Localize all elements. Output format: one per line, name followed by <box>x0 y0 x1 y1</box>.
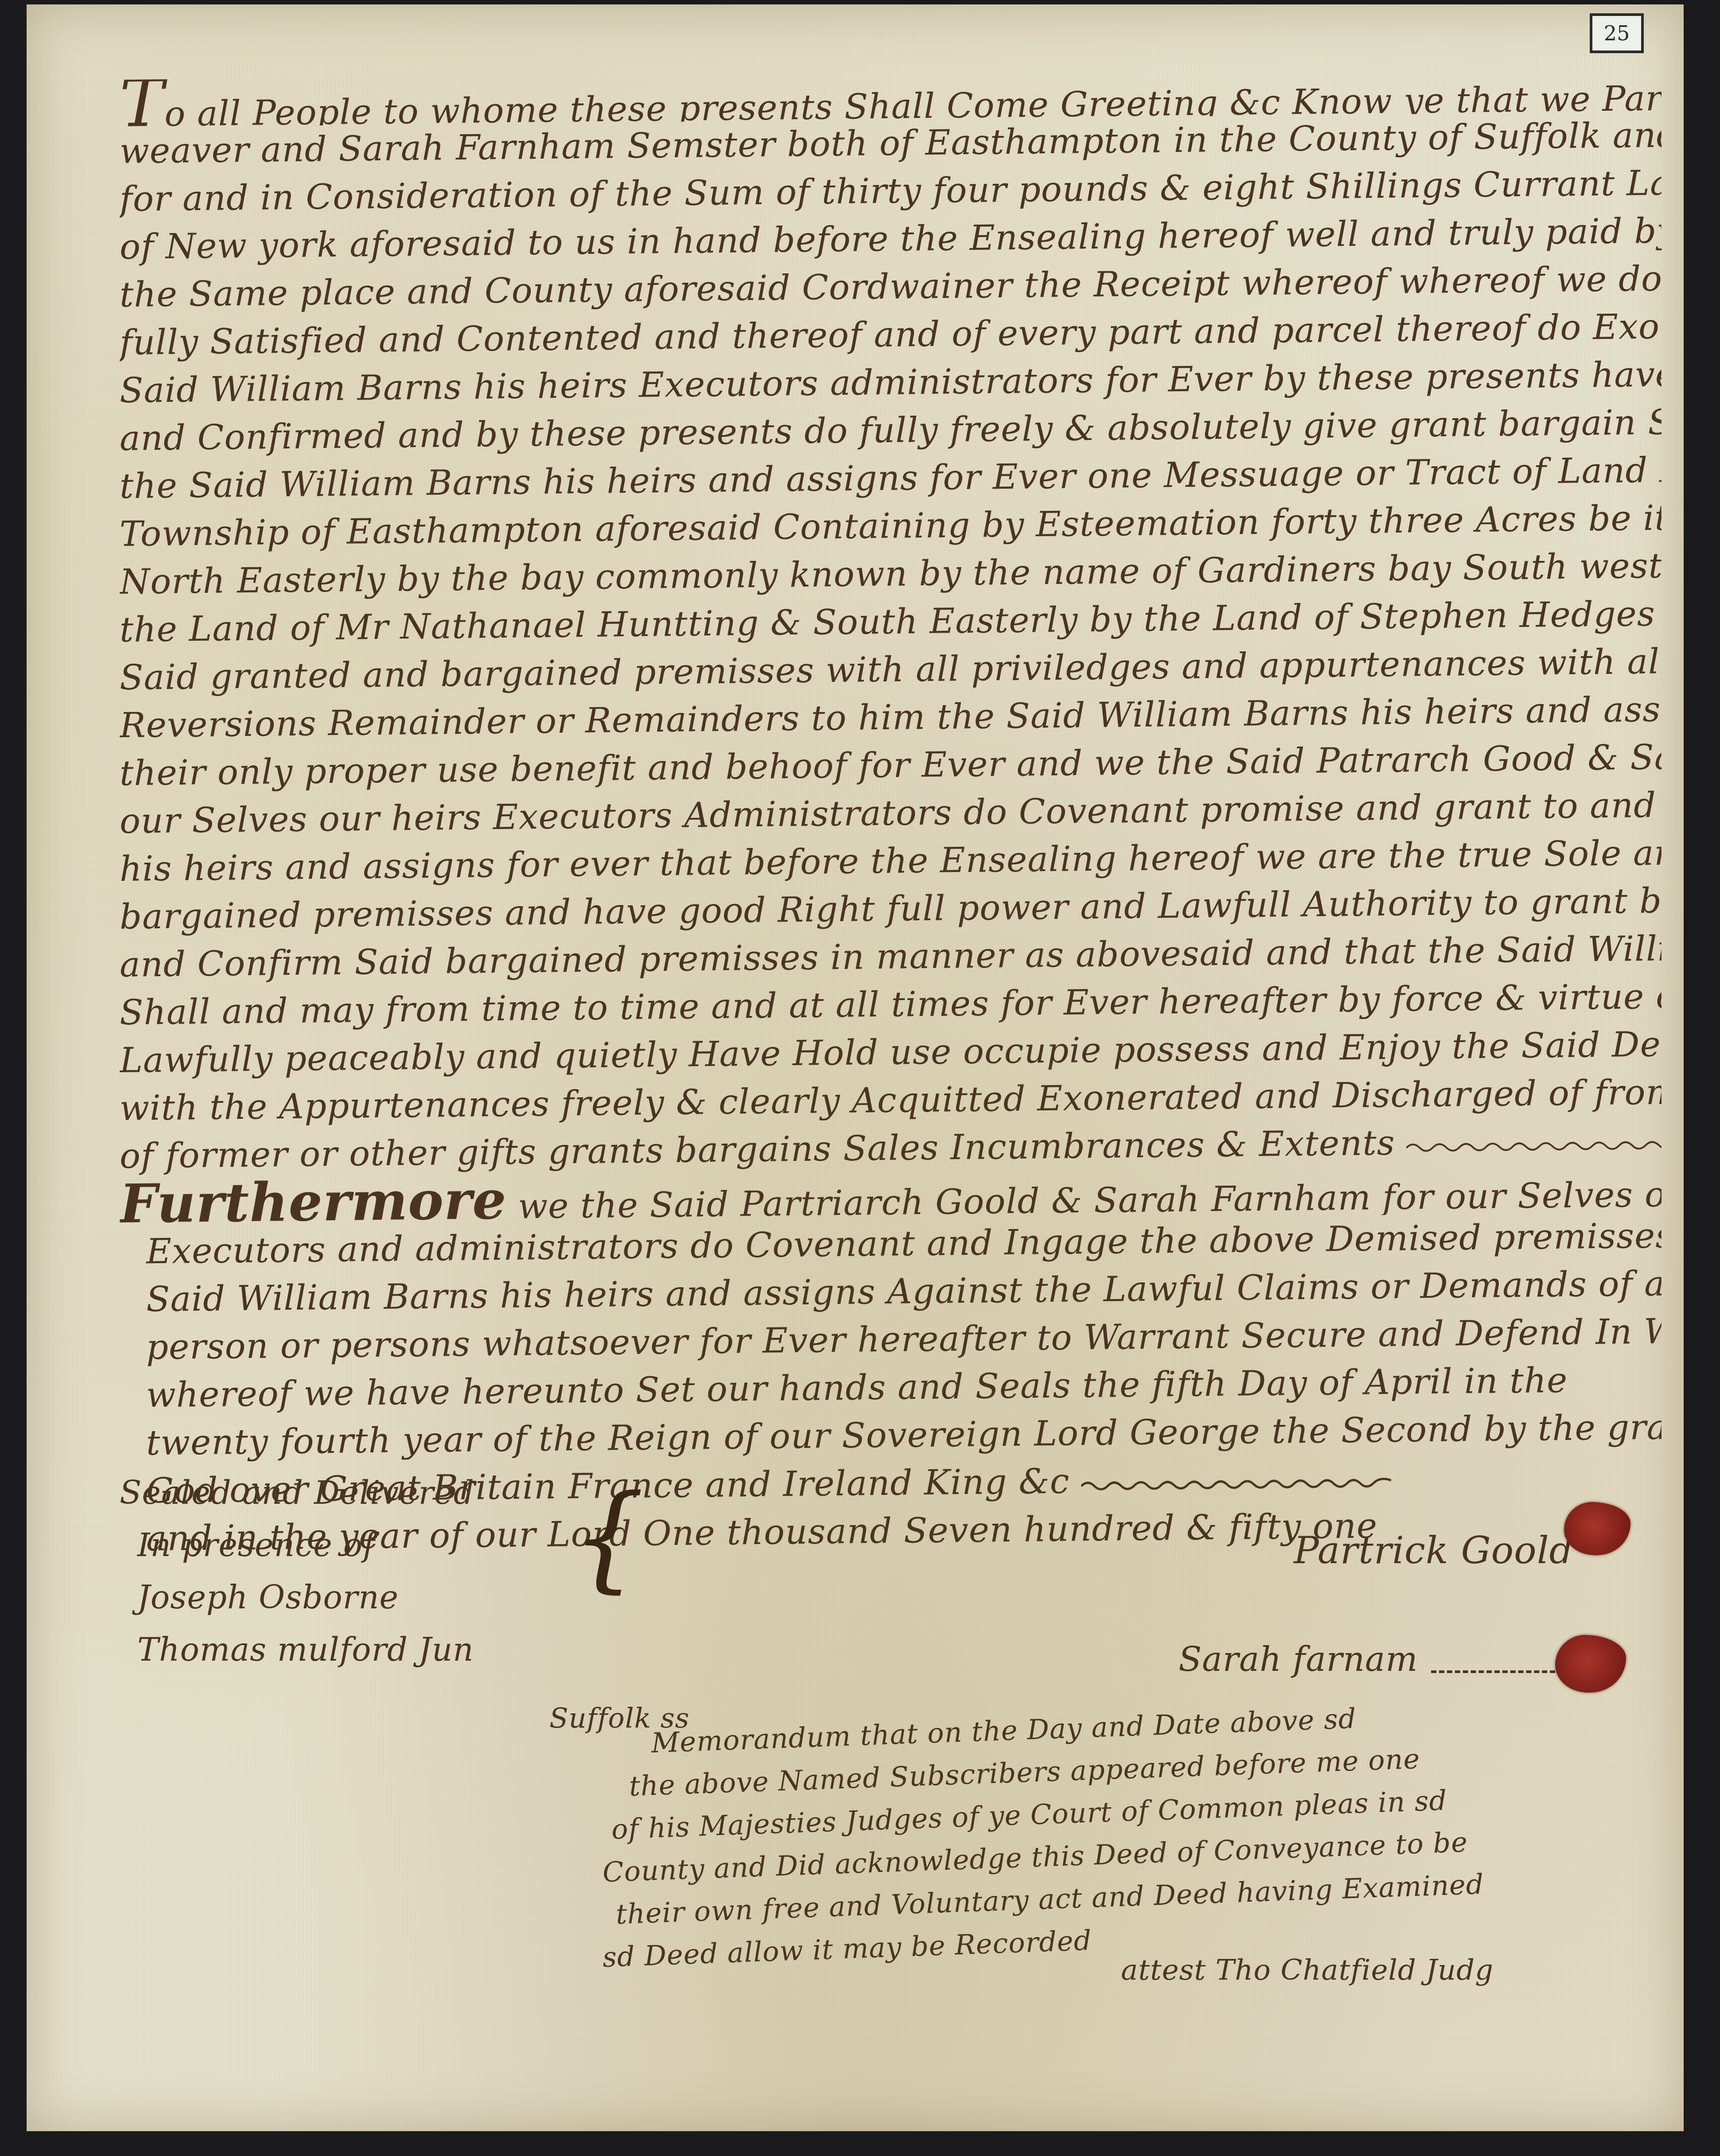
attest-signature: attest Tho Chatfield Judg <box>1121 1954 1494 1987</box>
in-presence-of-label: In presence of <box>120 1519 475 1571</box>
page-number-label: 25 <box>1590 13 1644 53</box>
witness-name: Joseph Osborne <box>120 1571 475 1623</box>
deed-paper: 25 To all People to whome these presents… <box>27 4 1684 2131</box>
body-line-text: of former or other gifts grants bargains… <box>120 1123 1395 1176</box>
witness-bracket-icon: { <box>572 1480 645 1595</box>
line-filler-flourish <box>1081 1474 1391 1490</box>
line-filler-flourish <box>1406 1136 1662 1152</box>
seal-connector-line <box>1431 1670 1555 1676</box>
signature-sarah-farnam: Sarah farnam <box>1179 1639 1418 1679</box>
witness-name: Thomas mulford Jun <box>120 1623 475 1676</box>
deed-body: To all People to whome these presents Sh… <box>120 80 1662 1563</box>
attestation-block: Sealed and Delivered In presence of Jose… <box>120 1467 475 1676</box>
wax-seal-icon <box>1555 1635 1626 1693</box>
sealed-delivered-label: Sealed and Delivered <box>120 1467 475 1519</box>
signature-partrick-goold: Partrick Goold <box>1294 1529 1573 1572</box>
